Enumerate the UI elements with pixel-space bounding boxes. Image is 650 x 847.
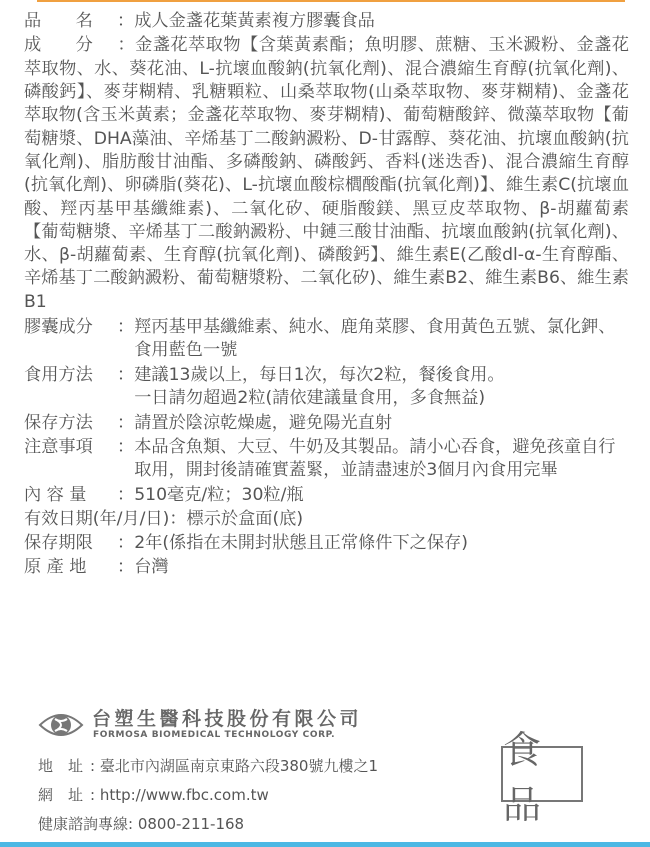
company-name-cn: 台塑生醫科技股份有限公司	[92, 704, 362, 731]
product-name-key: 品 名	[24, 10, 117, 33]
website-link[interactable]: http://www.fbc.com.tw	[100, 786, 269, 804]
shelf-life-key: 保存期限	[24, 532, 117, 555]
product-name-row: 品 名 ： 成人金盞花葉黃素複方膠囊食品	[24, 10, 629, 33]
company-header: 台塑生醫科技股份有限公司 FORMOSA BIOMEDICAL TECHNOLO…	[38, 704, 498, 750]
bottom-blue-rule	[0, 842, 650, 847]
storage-row: 保存方法 ： 請置於陰涼乾燥處，避免陽光直射	[24, 412, 629, 435]
expiry-row: 有效日期(年/月/日)：標示於盒面(底)	[24, 508, 629, 531]
origin-value: 台灣	[134, 556, 629, 579]
usage-value: 建議13歲以上，每日1次，每次2粒，餐後食用。 一日請勿超過2粒(請依建議量食用…	[134, 364, 629, 411]
product-label: 品 名 ： 成人金盞花葉黃素複方膠囊食品 成 分：金盞花萃取物【含葉黃素酯；魚明…	[24, 10, 629, 581]
shelf-life-row: 保存期限 ： 2年(係指在未開封狀態且正常條件下之保存)	[24, 532, 629, 555]
address-value: 臺北市內湖區南京東路六段380號九樓之1	[100, 757, 378, 775]
hotline-row: 健康諮詢專線: 0800-211-168	[38, 810, 378, 839]
origin-key: 原 產 地	[24, 556, 117, 579]
website-row: 網 址: http://www.fbc.com.tw	[38, 781, 378, 810]
website-key: 網 址	[38, 781, 90, 810]
expiry-value: 標示於盒面(底)	[187, 509, 304, 529]
colon: ：	[169, 509, 186, 529]
storage-value: 請置於陰涼乾燥處，避免陽光直射	[134, 412, 629, 435]
colon: ：	[117, 364, 134, 411]
caution-row: 注意事項 ： 本品含魚類、大豆、牛奶及其製品。請小心吞食，避免孩童自行取用，開封…	[24, 436, 629, 483]
colon: ：	[117, 532, 134, 555]
ingredients-key: 成 分	[24, 34, 117, 57]
usage-line-2: 一日請勿超過2粒(請依建議量食用，多食無益)	[134, 387, 629, 410]
colon: ：	[117, 484, 134, 507]
shelf-life-value: 2年(係指在未開封狀態且正常條件下之保存)	[134, 532, 629, 555]
ingredients-value: 金盞花萃取物【含葉黃素酯；魚明膠、蔗糖、玉米澱粉、金盞花萃取物、水、葵花油、L-…	[24, 35, 629, 311]
caution-key: 注意事項	[24, 436, 117, 483]
contact-info: 地 址: 臺北市內湖區南京東路六段380號九樓之1 網 址: http://ww…	[38, 752, 378, 839]
formosa-biomedical-logo-icon	[38, 707, 84, 743]
content-value: 510毫克/粒；30粒/瓶	[134, 484, 629, 507]
hotline-key: 健康諮詢專線	[38, 810, 128, 839]
food-category-mark: 食品	[501, 746, 583, 802]
colon: ：	[117, 316, 134, 363]
capsule-key: 膠囊成分	[24, 316, 117, 363]
expiry-key: 有效日期(年/月/日)	[24, 509, 169, 529]
capsule-row: 膠囊成分 ： 羥丙基甲基纖維素、純水、鹿角菜膠、食用黃色五號、氯化鉀、食用藍色一…	[24, 316, 629, 363]
capsule-value: 羥丙基甲基纖維素、純水、鹿角菜膠、食用黃色五號、氯化鉀、食用藍色一號	[134, 316, 629, 363]
colon: ：	[117, 412, 134, 435]
colon: ：	[117, 35, 135, 55]
usage-row: 食用方法 ： 建議13歲以上，每日1次，每次2粒，餐後食用。 一日請勿超過2粒(…	[24, 364, 629, 411]
ingredients-row: 成 分：金盞花萃取物【含葉黃素酯；魚明膠、蔗糖、玉米澱粉、金盞花萃取物、水、葵花…	[24, 34, 629, 314]
company-name-en: FORMOSA BIOMEDICAL TECHNOLOGY CORP.	[93, 730, 335, 740]
product-name-value: 成人金盞花葉黃素複方膠囊食品	[134, 10, 629, 33]
hotline-value: 0800-211-168	[138, 815, 244, 833]
address-row: 地 址: 臺北市內湖區南京東路六段380號九樓之1	[38, 752, 378, 781]
origin-row: 原 產 地 ： 台灣	[24, 556, 629, 579]
content-row: 內 容 量 ： 510毫克/粒；30粒/瓶	[24, 484, 629, 507]
usage-line-1: 建議13歲以上，每日1次，每次2粒，餐後食用。	[134, 364, 629, 387]
caution-value: 本品含魚類、大豆、牛奶及其製品。請小心吞食，避免孩童自行取用，開封後請確實蓋緊，…	[134, 436, 629, 483]
separator: :	[90, 757, 100, 775]
colon: ：	[117, 10, 134, 33]
top-orange-rule	[37, 0, 625, 2]
colon: ：	[117, 556, 134, 579]
content-key: 內 容 量	[24, 484, 117, 507]
separator: :	[90, 786, 100, 804]
colon: ：	[117, 436, 134, 483]
usage-key: 食用方法	[24, 364, 117, 411]
address-key: 地 址	[38, 752, 90, 781]
separator: :	[128, 815, 138, 833]
storage-key: 保存方法	[24, 412, 117, 435]
